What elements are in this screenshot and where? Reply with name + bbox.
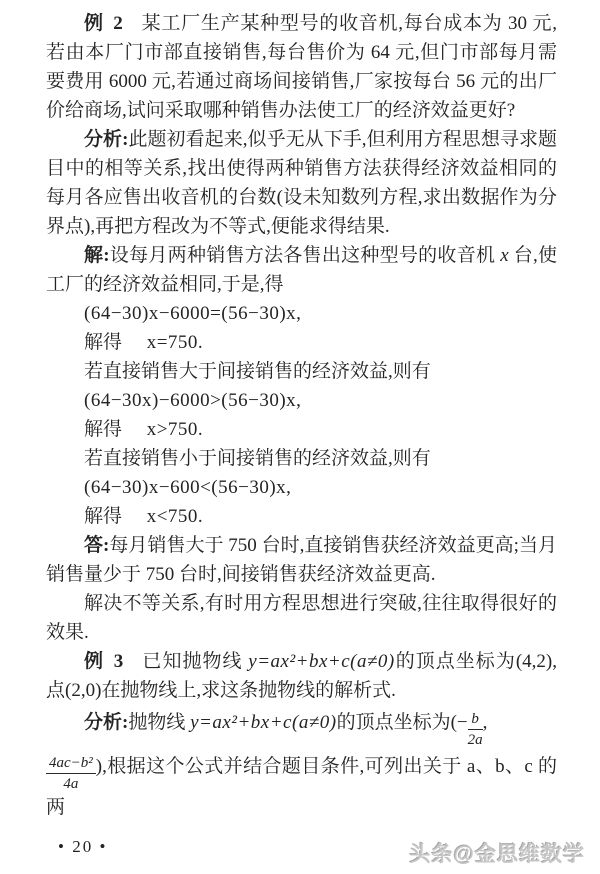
solve-result-1: x=750. <box>147 332 203 353</box>
example2-label: 例 2 <box>84 13 125 34</box>
fraction-denominator: 4a <box>46 774 96 793</box>
solve-label-2: 解得 <box>84 419 122 440</box>
fraction-numerator: 4ac−b² <box>46 754 96 774</box>
case-1-text: 若直接销售大于间接销售的经济效益,则有 <box>84 357 557 386</box>
example2-answer-text: 每月销售大于 750 台时,直接销售获经济效益更高;当月销售量少于 750 台时… <box>46 535 557 585</box>
solve-line-3: 解得x<750. <box>84 502 557 531</box>
example3-problem-paragraph: 例 3已知抛物线 y=ax²+bx+c(a≠0)的顶点坐标为(4,2),点(2,… <box>46 647 557 705</box>
example3-analysis-line-1: 分析:抛物线 y=ax²+bx+c(a≠0)的顶点坐标为(−b2a, <box>84 708 557 749</box>
example3-problem-formula: y=ax²+bx+c(a≠0) <box>248 651 394 672</box>
example3-label: 例 3 <box>84 651 125 672</box>
example3-analysis-formula: y=ax²+bx+c(a≠0) <box>190 712 336 733</box>
equation-1: (64−30)x−6000=(56−30)x, <box>84 299 557 328</box>
example2-analysis-paragraph: 分析:此题初看起来,似乎无从下手,但利用方程思想寻求题目中的相等关系,找出使得两… <box>46 125 557 241</box>
solve-line-2: 解得x>750. <box>84 415 557 444</box>
example3-analysis-line-2: 4ac−b²4a),根据这个公式并结合题目条件,可列出关于 a、b、c 的两 <box>46 752 557 822</box>
fraction-b-over-2a: b2a <box>468 710 483 749</box>
example3-analysis-pre: 抛物线 <box>128 712 190 733</box>
example2-solution-label: 解: <box>84 245 110 266</box>
example2-answer-label: 答: <box>84 535 109 556</box>
example2-problem-paragraph: 例 2某工厂生产某种型号的收音机,每台成本为 30 元,若由本厂门市部直接销售,… <box>46 9 557 125</box>
example2-analysis-label: 分析: <box>84 129 128 150</box>
variable-x: x <box>500 245 508 266</box>
watermark: 头条@金思维数学 <box>410 838 585 868</box>
solve-result-3: x<750. <box>147 506 203 527</box>
solve-line-1: 解得x=750. <box>84 328 557 357</box>
solve-label-3: 解得 <box>84 506 122 527</box>
solve-label-1: 解得 <box>84 332 122 353</box>
example3-analysis-label: 分析: <box>84 712 128 733</box>
case-2-text: 若直接销售小于间接销售的经济效益,则有 <box>84 444 557 473</box>
example2-answer-paragraph: 答:每月销售大于 750 台时,直接销售获经济效益更高;当月销售量少于 750 … <box>46 531 557 589</box>
equation-3: (64−30)x−600<(56−30)x, <box>84 473 557 502</box>
example3-problem-pre: 已知抛物线 <box>141 651 248 672</box>
example2-solution-paragraph: 解:设每月两种销售方法各售出这种型号的收音机 x 台,使工厂的经济效益相同,于是… <box>46 241 557 299</box>
textbook-page: 例 2某工厂生产某种型号的收音机,每台成本为 30 元,若由本厂门市部直接销售,… <box>0 0 600 861</box>
fraction-4ac-b2-over-4a: 4ac−b²4a <box>46 754 96 793</box>
example3-analysis-post: ),根据这个公式并结合题目条件,可列出关于 a、b、c 的两 <box>46 756 557 818</box>
fraction-numerator: b <box>468 710 483 730</box>
example3-analysis-mid: 的顶点坐标为(− <box>337 712 468 733</box>
example3-after-frac1: , <box>483 712 488 733</box>
solve-result-2: x>750. <box>147 419 203 440</box>
fraction-denominator: 2a <box>468 730 483 749</box>
equation-2: (64−30x)−6000>(56−30)x, <box>84 386 557 415</box>
example2-solution-intro-pre: 设每月两种销售方法各售出这种型号的收音机 <box>110 245 501 266</box>
example2-remark-paragraph: 解决不等关系,有时用方程思想进行突破,往往取得很好的效果. <box>46 589 557 647</box>
